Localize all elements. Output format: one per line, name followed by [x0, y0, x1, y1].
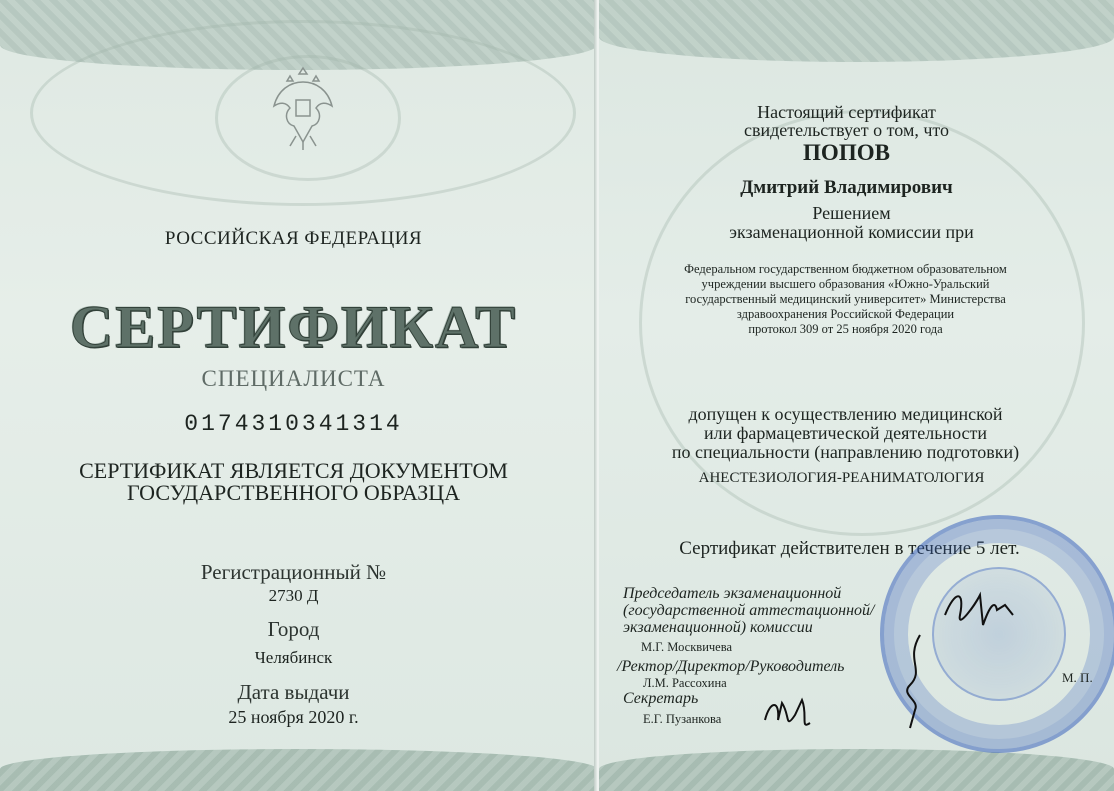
admission-line: по специальности (направлению подготовки… — [599, 443, 1114, 462]
coat-of-arms-icon — [270, 62, 336, 152]
secretary-signature-icon — [760, 695, 820, 735]
certificate-number: 0174310341314 — [0, 411, 597, 437]
intro-text: Настоящий сертификат свидетельствует о т… — [599, 103, 1114, 139]
registration-value: 2730 Д — [0, 586, 597, 606]
admission-line: допущен к осуществлению медицинской — [599, 405, 1114, 424]
institution-line: государственный медицинский университет»… — [599, 292, 1114, 307]
doc-note-line1: СЕРТИФИКАТ ЯВЛЯЕТСЯ ДОКУМЕНТОМ — [0, 460, 597, 482]
chair-name: М.Г. Москвичева — [641, 640, 732, 655]
institution-line: учреждении высшего образования «Южно-Ура… — [599, 277, 1114, 292]
secretary-name: Е.Г. Пузанкова — [643, 712, 721, 727]
country-label: РОССИЙСКАЯ ФЕДЕРАЦИЯ — [0, 228, 597, 250]
intro-line2: свидетельствует о том, что — [599, 121, 1114, 139]
holder-surname: ПОПОВ — [599, 140, 1114, 166]
decorative-bottom-band — [0, 749, 597, 791]
decorative-top-band — [599, 0, 1114, 62]
doc-note-line2: ГОСУДАРСТВЕННОГО ОБРАЗЦА — [0, 482, 597, 504]
intro-line1: Настоящий сертификат — [599, 103, 1114, 121]
certificate-title: СЕРТИФИКАТ — [0, 293, 597, 362]
rector-signature-icon — [895, 630, 935, 730]
chair-title-line: (государственной аттестационной/ — [623, 602, 874, 619]
decision-line2: экзаменационной комиссии при — [599, 223, 1114, 242]
city-label: Город — [0, 617, 597, 642]
holder-name: Дмитрий Владимирович — [599, 177, 1114, 199]
admission-line: или фармацевтической деятельности — [599, 424, 1114, 443]
issue-date-label: Дата выдачи — [0, 680, 597, 705]
decision-text: Решением экзаменационной комиссии при — [599, 204, 1114, 242]
secretary-title: Секретарь — [623, 690, 698, 707]
rector-title: /Ректор/Директор/Руководитель — [617, 658, 844, 675]
city-value: Челябинск — [0, 648, 597, 668]
chair-title-line: экзаменационной) комиссии — [623, 619, 874, 636]
registration-label: Регистрационный № — [0, 560, 597, 585]
rector-name: Л.М. Рассохина — [643, 676, 727, 691]
chair-signature-icon — [935, 585, 1025, 635]
admission-text: допущен к осуществлению медицинской или … — [599, 405, 1114, 462]
chair-title-line: Председатель экзаменационной — [623, 585, 874, 602]
decision-line1: Решением — [599, 204, 1114, 223]
chair-title: Председатель экзаменационной (государств… — [623, 585, 874, 636]
specialty-name: АНЕСТЕЗИОЛОГИЯ-РЕАНИМАТОЛОГИЯ — [599, 470, 1114, 487]
document-status-note: СЕРТИФИКАТ ЯВЛЯЕТСЯ ДОКУМЕНТОМ ГОСУДАРСТ… — [0, 460, 597, 504]
institution-line: здравоохранения Российской Федерации — [599, 307, 1114, 322]
certificate-left-page: РОССИЙСКАЯ ФЕДЕРАЦИЯ СЕРТИФИКАТ СПЕЦИАЛИ… — [0, 0, 597, 791]
issue-date-value: 25 ноября 2020 г. — [0, 707, 597, 728]
institution-text: Федеральном государственном бюджетном об… — [599, 262, 1114, 337]
institution-line: Федеральном государственном бюджетном об… — [599, 262, 1114, 277]
protocol-line: протокол 309 от 25 ноября 2020 года — [599, 322, 1114, 337]
seal-mark-label: М. П. — [1062, 670, 1093, 686]
decorative-bottom-band — [599, 749, 1114, 791]
certificate-subtitle: СПЕЦИАЛИСТА — [0, 366, 597, 392]
